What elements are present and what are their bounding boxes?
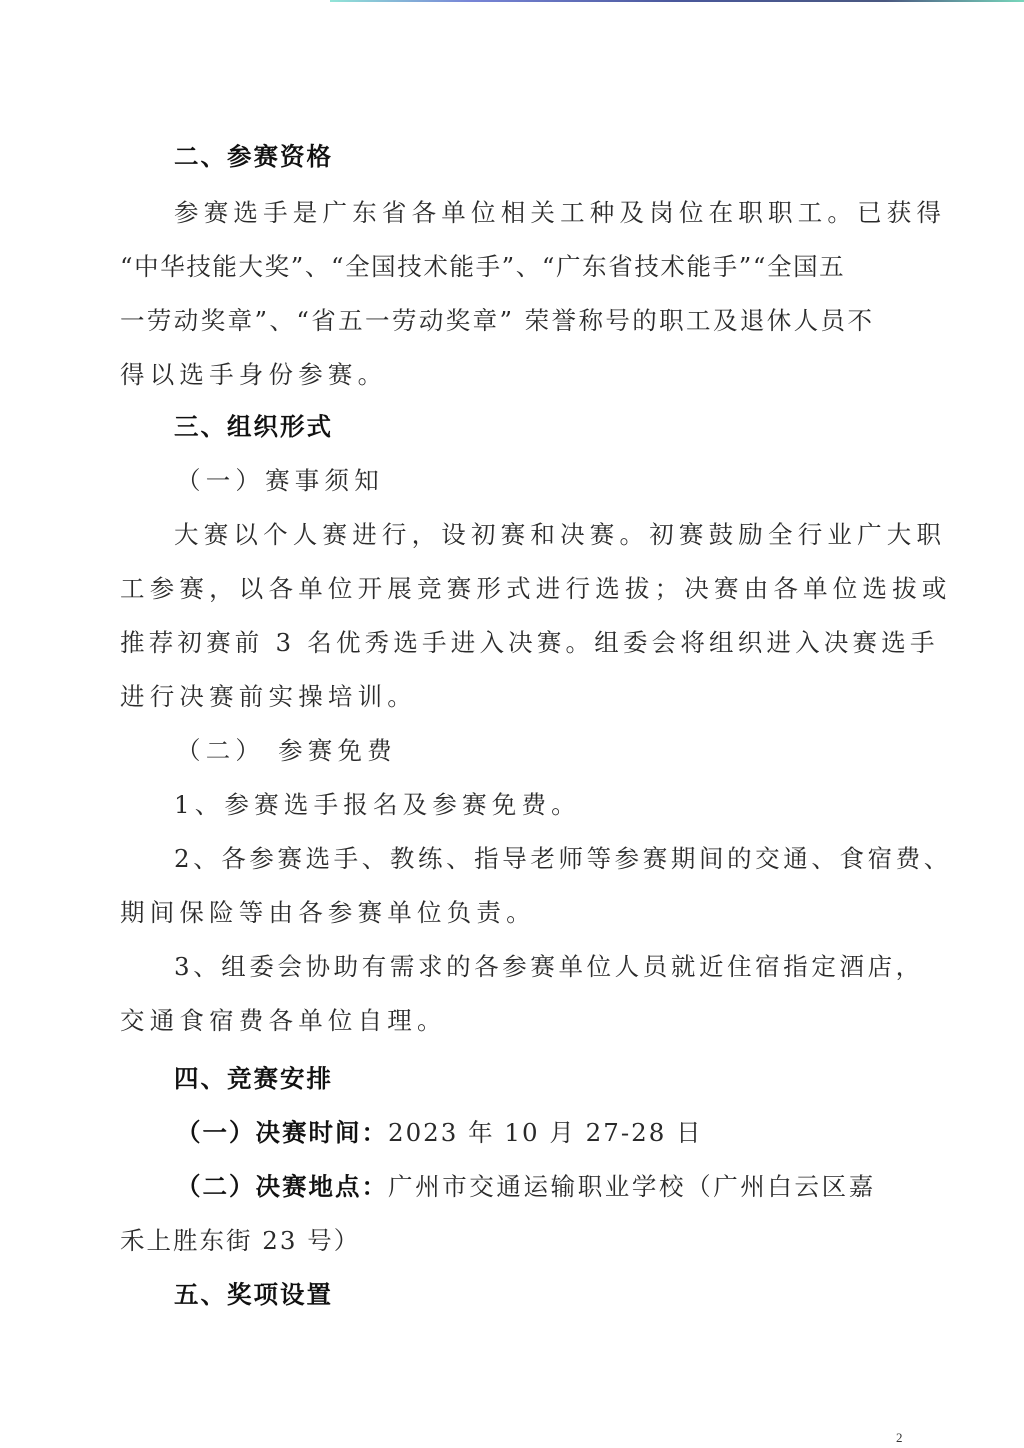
list-item-line: 交通食宿费各单位自理。: [120, 1004, 910, 1038]
final-venue-row: （二）决赛地点：广州市交通运输职业学校（广州白云区嘉: [176, 1170, 966, 1204]
list-item-line: 3、组委会协助有需求的各参赛单位人员就近住宿指定酒店，: [174, 950, 964, 984]
section-heading-eligibility: 二、参赛资格: [174, 140, 964, 174]
final-venue-value-cont: 禾上胜东街 23 号）: [120, 1224, 910, 1258]
list-item-line: 期间保险等由各参赛单位负责。: [120, 896, 910, 930]
paragraph-line: “中华技能大奖”、“全国技术能手”、“广东省技术能手”“全国五: [120, 250, 910, 284]
section-heading-organization: 三、组织形式: [174, 410, 964, 444]
section-heading-awards: 五、奖项设置: [174, 1278, 964, 1312]
paragraph-line: 得以选手身份参赛。: [120, 358, 910, 392]
paragraph-line: 进行决赛前实操培训。: [120, 680, 910, 714]
document-page: 二、参赛资格 参赛选手是广东省各单位相关工种及岗位在职职工。已获得 “中华技能大…: [0, 0, 1024, 1448]
paragraph-line: 一劳动奖章”、“省五一劳动奖章” 荣誉称号的职工及退休人员不: [120, 304, 910, 338]
paragraph-line: 大赛以个人赛进行，设初赛和决赛。初赛鼓励全行业广大职: [174, 518, 964, 552]
final-time-value: 2023 年 10 月 27-28 日: [388, 1118, 703, 1147]
final-venue-label: （二）决赛地点：: [176, 1172, 388, 1201]
page-number: 2: [896, 1430, 903, 1446]
list-item-line: 1、参赛选手报名及参赛免费。: [174, 788, 964, 822]
subsection-title-notice: （一）赛事须知: [176, 464, 966, 498]
paragraph-line: 工参赛，以各单位开展竞赛形式进行选拔；决赛由各单位选拔或: [120, 572, 910, 606]
final-venue-value: 广州市交通运输职业学校（广州白云区嘉: [388, 1172, 876, 1201]
final-time-row: （一）决赛时间：2023 年 10 月 27-28 日: [176, 1116, 966, 1150]
list-item-line: 2、各参赛选手、教练、指导老师等参赛期间的交通、食宿费、: [174, 842, 964, 876]
section-heading-schedule: 四、竞赛安排: [174, 1062, 964, 1096]
paragraph-line: 参赛选手是广东省各单位相关工种及岗位在职职工。已获得: [174, 196, 964, 230]
paragraph-line: 推荐初赛前 3 名优秀选手进入决赛。组委会将组织进入决赛选手: [120, 626, 910, 660]
subsection-title-free: （二） 参赛免费: [176, 734, 966, 768]
final-time-label: （一）决赛时间：: [176, 1118, 388, 1147]
